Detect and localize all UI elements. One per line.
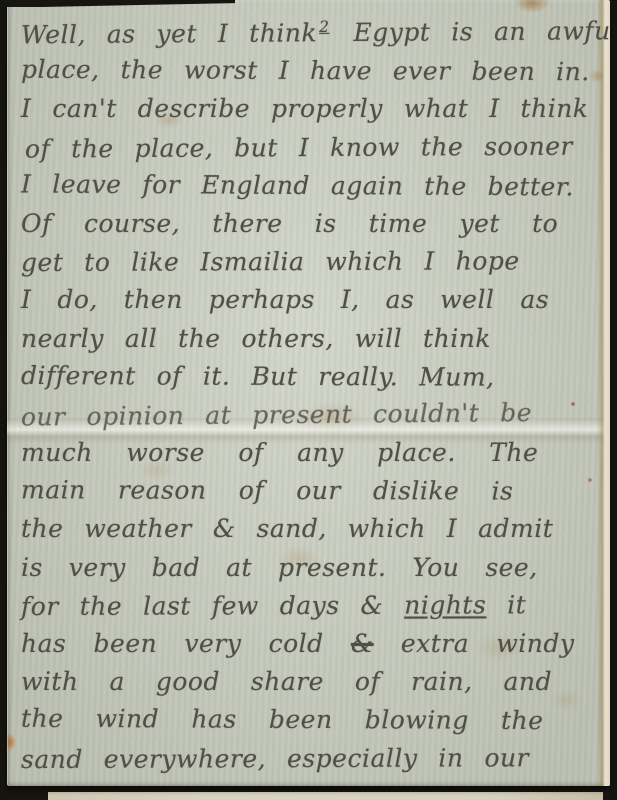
letter-line: with a good share of rain, and xyxy=(21,667,602,705)
letter-line: much worse of any place. The xyxy=(21,438,602,476)
letter-text: nights xyxy=(404,590,486,619)
letter-line: get to like Ismailia which I hope xyxy=(21,246,602,286)
letter-text: our opinion at present couldn't be xyxy=(21,398,532,431)
letter-text: is very bad at present. You see, xyxy=(21,553,538,582)
letter-line: of the place, but I know the sooner xyxy=(25,131,606,172)
photo-backdrop: { "letter": { "kind": "handwritten-lette… xyxy=(0,0,617,800)
page-number: 2 xyxy=(319,18,330,36)
letter-text: the wind has been blowing the xyxy=(21,704,544,735)
letter-line: nearly all the others, will think xyxy=(21,324,602,362)
letter-line: sand everywhere, especially in our xyxy=(21,743,602,783)
letter-text: it xyxy=(486,590,526,619)
letter-line: Well, as yet I think2 Egypt is an awful xyxy=(21,16,602,58)
letter-text: has been very cold xyxy=(21,629,351,658)
letter-line: I can't describe properly what I think xyxy=(21,94,602,132)
letter-text: with a good share of rain, and xyxy=(21,667,552,696)
letter-page: Well, as yet I think2 Egypt is an awfulp… xyxy=(7,0,610,786)
letter-lines: Well, as yet I think2 Egypt is an awfulp… xyxy=(21,18,602,782)
letter-text: nearly all the others, will think xyxy=(21,324,491,353)
letter-text: of the place, but I know the sooner xyxy=(25,131,573,163)
letter-text: I can't describe properly what I think xyxy=(21,94,588,123)
letter-text: I leave for England again the better. xyxy=(21,169,574,201)
letter-text: & xyxy=(351,629,374,658)
letter-text: Well, as yet I think xyxy=(21,18,317,49)
letter-text: main reason of our dislike is xyxy=(21,475,513,505)
letter-text: different of it. But really. Mum, xyxy=(21,361,495,392)
next-page-edge xyxy=(48,792,603,800)
letter-text: place, the worst I have ever been in. xyxy=(21,55,590,86)
letter-text: Of course, there is time yet to xyxy=(21,209,558,238)
letter-text: much worse of any place. The xyxy=(21,438,538,467)
letter-line: place, the worst I have ever been in. xyxy=(21,55,602,96)
letter-line: the wind has been blowing the xyxy=(21,704,602,745)
letter-text: I do, then perhaps I, as well as xyxy=(21,285,549,314)
letter-line: for the last few days & nights it xyxy=(21,590,602,630)
letter-text: Egypt is an awful xyxy=(332,16,610,47)
letter-line: is very bad at present. You see, xyxy=(21,553,602,591)
letter-text: extra windy xyxy=(374,629,575,658)
letter-line: the weather & sand, which I admit xyxy=(21,514,602,552)
letter-line: main reason of our dislike is xyxy=(21,475,602,515)
letter-line: different of it. But really. Mum, xyxy=(21,361,602,401)
letter-text: get to like Ismailia which I hope xyxy=(21,246,520,277)
letter-text: the weather & sand, which I admit xyxy=(21,514,553,543)
letter-line: has been very cold & extra windy xyxy=(21,629,602,667)
letter-line: I do, then perhaps I, as well as xyxy=(21,285,602,323)
letter-line: our opinion at present couldn't be xyxy=(21,397,602,440)
letter-line: Of course, there is time yet to xyxy=(21,209,602,247)
letter-text: for the last few days & xyxy=(21,590,404,620)
letter-text: sand everywhere, especially in our xyxy=(21,743,529,774)
letter-line: I leave for England again the better. xyxy=(21,169,602,210)
